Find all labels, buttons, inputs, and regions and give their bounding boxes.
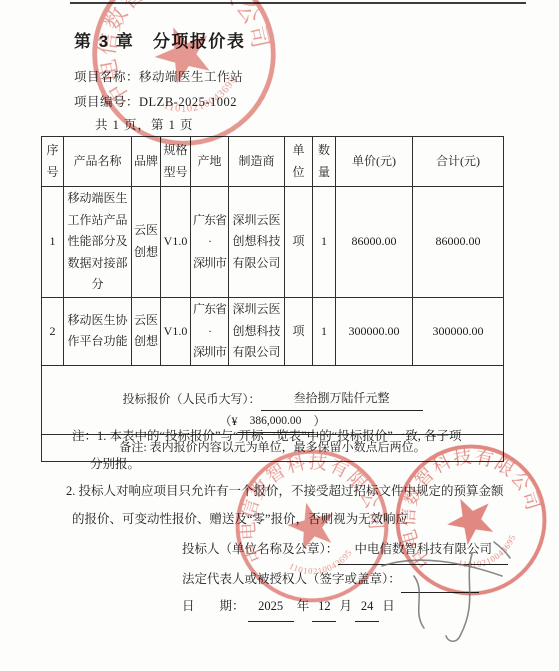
col-header-manufacturer: 制造商	[229, 137, 285, 187]
project-name-value: 移动端医生工作站	[139, 70, 243, 84]
note-line-4: 的报价、可变动性报价、赠送及“零”报价，否则视为无效响应	[66, 506, 526, 534]
col-header-qty: 数 量	[313, 137, 336, 187]
cell-product: 移动端医生 工作站产品 性能部分及 数据对接部 分	[64, 187, 132, 298]
year-unit: 年	[297, 599, 310, 613]
cell-manufacturer: 深圳云医 创想科技 有限公司	[229, 297, 285, 365]
col-header-brand: 品牌	[132, 137, 161, 187]
cell-qty: 1	[313, 297, 336, 365]
col-header-unit-price: 单价(元)	[336, 137, 413, 187]
month-unit: 月	[340, 599, 353, 613]
cell-total: 300000.00	[413, 297, 504, 365]
cell-model: V1.0	[161, 297, 191, 365]
project-number-value: DLZB-2025-1002	[139, 95, 237, 109]
date-label: 日 期：	[182, 599, 245, 613]
table-row: 2 移动医生协 作平台功能 云医 创想 V1.0 广东省· 深圳市 深圳云医 创…	[42, 297, 504, 365]
cell-brand: 云医 创想	[132, 297, 161, 365]
cell-unit: 项	[285, 297, 313, 365]
page-title: 第 3 章 分项报价表	[74, 27, 245, 52]
page-count: 共 1 页，第 1 页	[95, 115, 194, 133]
col-header-unit: 单 位	[285, 137, 313, 187]
top-divider	[70, 2, 526, 4]
note-line-2: 分别报。	[66, 451, 526, 479]
bid-price-label: 投标报价（人民币大写）：	[122, 392, 260, 406]
cell-total: 86000.00	[413, 187, 504, 298]
date-line: 日 期： 2025 年 12 月 24 日	[182, 593, 508, 622]
cell-origin: 广东省· 深圳市	[191, 187, 229, 298]
date-year: 2025	[248, 593, 294, 622]
bidder-company-name: 中电信数智科技有限公司	[338, 536, 508, 565]
bidder-line: 投标人（单位名称及公章）：中电信数智科技有限公司	[182, 536, 508, 565]
project-name-label: 项目名称：	[74, 70, 139, 84]
project-number-line: 项目编号：DLZB-2025-1002	[74, 92, 237, 110]
col-header-total: 合计(元)	[413, 137, 504, 187]
cell-model: V1.0	[161, 187, 191, 298]
cell-brand: 云医 创想	[132, 187, 161, 298]
cell-unit-price: 86000.00	[336, 187, 413, 298]
cell-unit-price: 300000.00	[336, 297, 413, 365]
project-number-label: 项目编号：	[74, 95, 139, 109]
cell-product: 移动医生协 作平台功能	[64, 297, 132, 365]
col-header-model: 规格 型号	[161, 137, 191, 187]
cell-qty: 1	[313, 187, 336, 298]
quotation-table: 序 号 产品名称 品牌 规格 型号 产地 制造商 单 位 数 量 单价(元) 合…	[41, 136, 504, 462]
col-header-no: 序 号	[42, 137, 64, 187]
col-header-origin: 产地	[191, 137, 229, 187]
cell-unit: 项	[285, 187, 313, 298]
cell-no: 1	[42, 187, 64, 298]
cell-manufacturer: 深圳云医 创想科技 有限公司	[229, 187, 285, 298]
notes-block: 注：1. 本表中的“投标报价”与“开标一览表”中的“投标报价”一致, 各子项 分…	[66, 423, 526, 533]
note-line-1: 注：1. 本表中的“投标报价”与“开标一览表”中的“投标报价”一致, 各子项	[66, 423, 526, 451]
col-header-product: 产品名称	[64, 137, 132, 187]
bidder-label: 投标人（单位名称及公章）：	[182, 542, 338, 556]
signature-block: 投标人（单位名称及公章）：中电信数智科技有限公司 法定代表人或被授权人（签字或盖…	[182, 536, 508, 622]
cell-origin: 广东省· 深圳市	[191, 297, 229, 365]
date-day: 24	[355, 593, 379, 622]
legal-rep-label: 法定代表人或被授权人（签字或盖章）：	[182, 572, 401, 586]
date-month: 12	[312, 593, 336, 622]
project-name-line: 项目名称：移动端医生工作站	[74, 67, 243, 85]
cell-no: 2	[42, 297, 64, 365]
note-line-3: 2. 投标人对响应项目只允许有一个报价，不接受超过招标文件中规定的预算金额	[66, 478, 526, 506]
legal-rep-line: 法定代表人或被授权人（签字或盖章）：	[182, 565, 508, 594]
bid-price-chinese-amount: 叁拾捌万陆仟元整	[261, 388, 423, 411]
table-header-row: 序 号 产品名称 品牌 规格 型号 产地 制造商 单 位 数 量 单价(元) 合…	[42, 137, 504, 187]
legal-rep-signature-line	[401, 565, 479, 594]
table-row: 1 移动端医生 工作站产品 性能部分及 数据对接部 分 云医 创想 V1.0 广…	[42, 187, 504, 298]
quotation-document-page: 第 3 章 分项报价表 项目名称：移动端医生工作站 项目编号：DLZB-2025…	[0, 0, 559, 671]
day-unit: 日	[382, 599, 395, 613]
